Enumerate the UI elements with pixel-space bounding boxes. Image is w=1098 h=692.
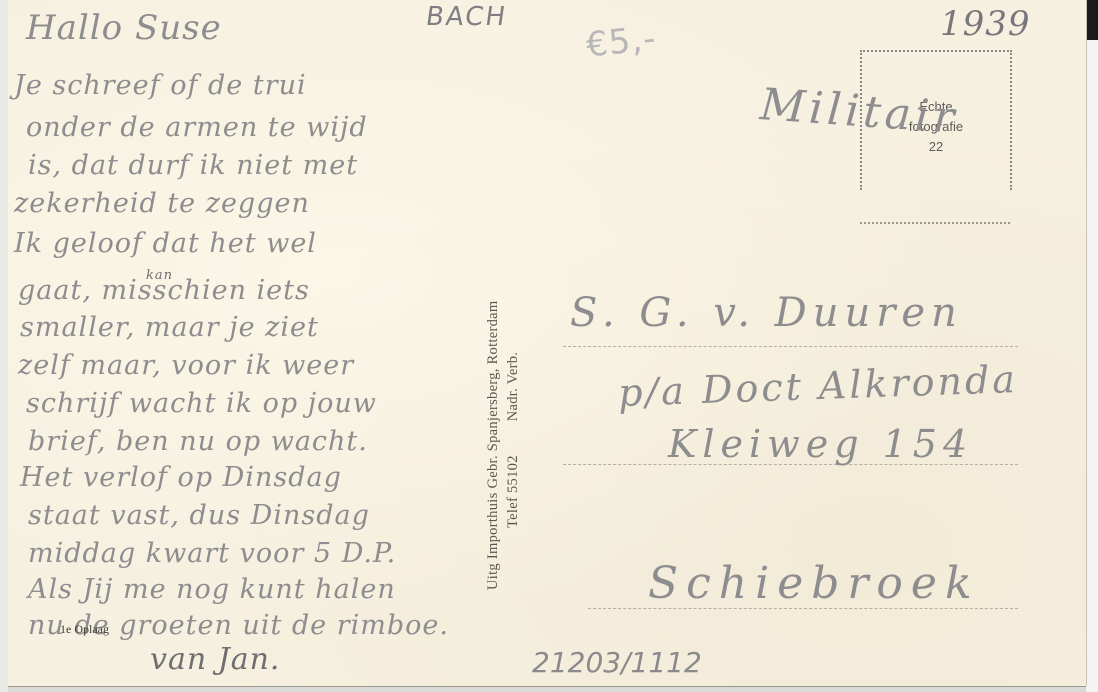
- message-greeting: Hallo Suse: [26, 8, 222, 48]
- message-line-1: Je schreef of de trui: [14, 70, 307, 101]
- message-line-14: Als Jij me nog kunt halen: [28, 574, 396, 605]
- address-city: Schiebroek: [648, 558, 980, 609]
- address-line-1: [563, 346, 1018, 347]
- message-line-12: staat vast, dus Dinsdag: [28, 500, 370, 531]
- scan-border-left: [0, 0, 8, 692]
- archive-mark: BACH: [424, 2, 509, 32]
- message-line-5: Ik geloof dat het wel: [14, 228, 317, 259]
- message-line-7: smaller, maar je ziet: [20, 312, 319, 343]
- address-street: Kleiweg 154: [668, 422, 973, 466]
- message-line-11: Het verlof op Dinsdag: [20, 462, 342, 493]
- message-line-8: zelf maar, voor ik weer: [18, 350, 354, 381]
- address-care-of: p/a Doct Alkronda: [617, 357, 1018, 415]
- scan-border-right: [1086, 0, 1098, 692]
- price-note: €5,-: [584, 18, 658, 65]
- imprint-line-1: Uitg Importhuis Gebr. Spanjersberg, Rott…: [483, 301, 503, 591]
- message-line-10: brief, ben nu op wacht.: [28, 426, 368, 457]
- message-line-9: schrijf wacht ik op jouw: [26, 388, 377, 419]
- message-line-13: middag kwart voor 5 D.P.: [28, 538, 396, 569]
- year-note: 1939: [940, 4, 1031, 44]
- address-name: S. G. v. Duuren: [570, 290, 963, 336]
- message-line-6: gaat, misschien iets: [18, 275, 310, 306]
- stamp-box-bottom-line: [860, 222, 1010, 224]
- message-signature: van Jan.: [150, 642, 280, 677]
- message-line-3: is, dat durf ik niet met: [28, 150, 358, 181]
- imprint-phone: Telef 55102: [505, 455, 521, 528]
- message-line-2: onder de armen te wijd: [26, 112, 368, 143]
- postcard-back: BACH €5,- 1939 Echte fotografie 22 Milit…: [8, 0, 1086, 686]
- inventory-number: 21203/1112: [532, 646, 702, 679]
- edition-label: 1e Oplaag: [60, 622, 109, 637]
- imprint-line-2: Telef 55102Nadr. Verb.: [503, 301, 523, 591]
- publisher-imprint: Uitg Importhuis Gebr. Spanjersberg, Rott…: [483, 301, 523, 591]
- message-line-4: zekerheid te zeggen: [14, 188, 310, 219]
- imprint-association: Nadr. Verb.: [505, 352, 521, 421]
